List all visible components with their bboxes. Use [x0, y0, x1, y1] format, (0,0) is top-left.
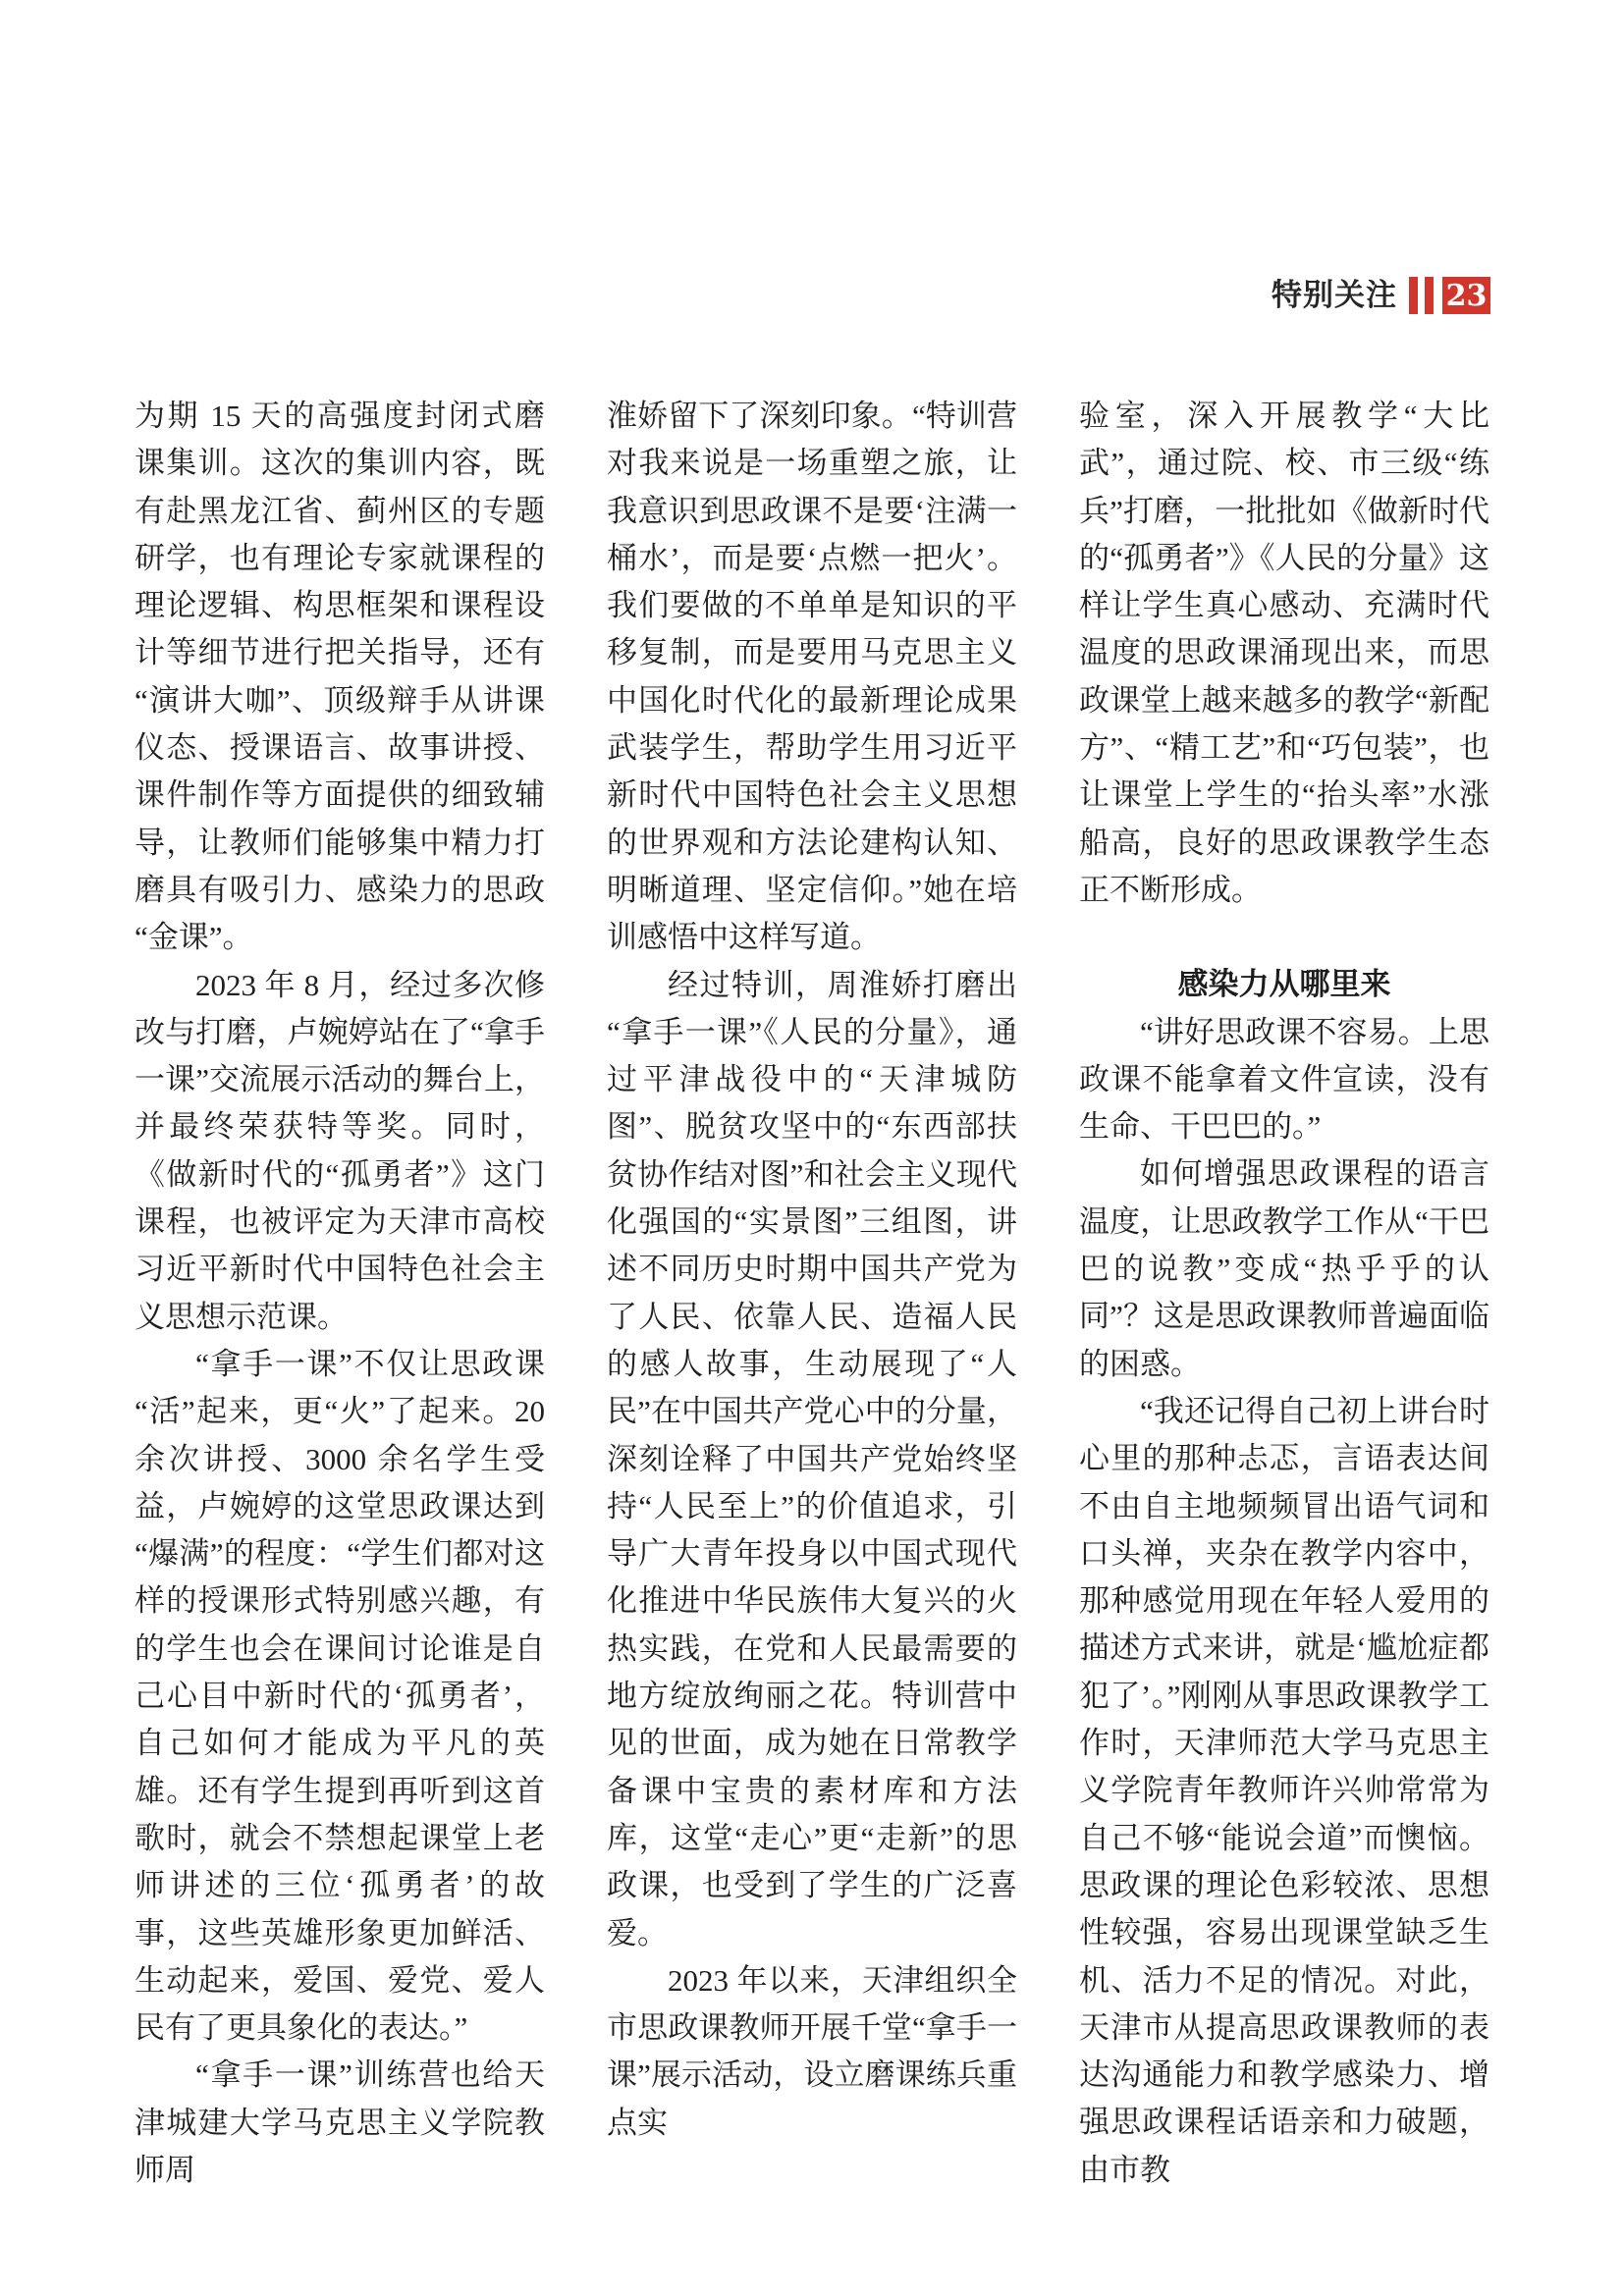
section-subheading: 感染力从哪里来	[1079, 961, 1489, 1008]
text-column-2: 淮娇留下了深刻印象。“特训营对我来说是一场重塑之旅，让我意识到思政课不是要‘注满…	[607, 393, 1017, 2194]
paragraph: 为期 15 天的高强度封闭式磨课集训。这次的集训内容，既有赴黑龙江省、蓟州区的专…	[135, 393, 545, 962]
article-columns: 为期 15 天的高强度封闭式磨课集训。这次的集训内容，既有赴黑龙江省、蓟州区的专…	[135, 393, 1489, 2194]
magazine-page: 特别关注 23 为期 15 天的高强度封闭式磨课集训。这次的集训内容，既有赴黑龙…	[0, 0, 1624, 2296]
paragraph: “拿手一课”训练营也给天津城建大学马克思主义学院教师周	[135, 2052, 545, 2194]
paragraph: 验室，深入开展教学“大比武”，通过院、校、市三级“练兵”打磨，一批批如《做新时代…	[1079, 393, 1489, 914]
text-column-3: 验室，深入开展教学“大比武”，通过院、校、市三级“练兵”打磨，一批批如《做新时代…	[1079, 393, 1489, 2194]
page-number: 23	[1442, 277, 1490, 314]
red-bar-icon	[1409, 277, 1418, 314]
paragraph: 如何增强思政课程的语言温度，让思政教学工作从“干巴巴的说教”变成“热乎乎的认同”…	[1079, 1150, 1489, 1387]
page-header: 特别关注 23	[1272, 277, 1490, 314]
paragraph: 2023 年以来，天津组织全市思政课教师开展千堂“拿手一课”展示活动，设立磨课练…	[607, 1957, 1017, 2147]
paragraph: “拿手一课”不仅让思政课“活”起来，更“火”了起来。20 余次讲授、3000 余…	[135, 1341, 545, 2052]
paragraph: “我还记得自己初上讲台时心里的那种忐忑，言语表达间不由自主地频频冒出语气词和口头…	[1079, 1388, 1489, 2194]
red-bar-icon	[1425, 277, 1434, 314]
section-label: 特别关注	[1272, 277, 1397, 314]
paragraph: “讲好思政课不容易。上思政课不能拿着文件宣读，没有生命、干巴巴的。”	[1079, 1009, 1489, 1151]
text-column-1: 为期 15 天的高强度封闭式磨课集训。这次的集训内容，既有赴黑龙江省、蓟州区的专…	[135, 393, 545, 2194]
paragraph: 2023 年 8 月，经过多次修改与打磨，卢婉婷站在了“拿手一课”交流展示活动的…	[135, 962, 545, 1341]
paragraph: 经过特训，周淮娇打磨出“拿手一课”《人民的分量》，通过平津战役中的“天津城防图”…	[607, 962, 1017, 1957]
paragraph: 淮娇留下了深刻印象。“特训营对我来说是一场重塑之旅，让我意识到思政课不是要‘注满…	[607, 393, 1017, 962]
